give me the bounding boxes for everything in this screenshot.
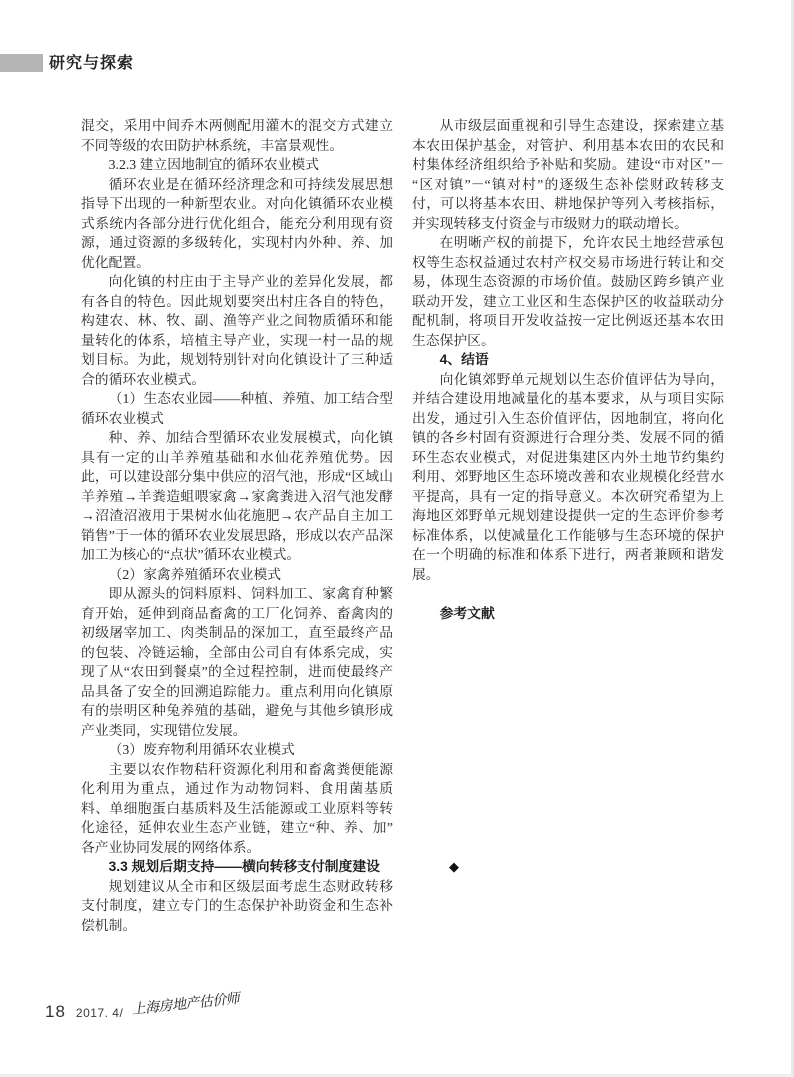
body-paragraph: 混交，采用中间乔木两侧配用灌木的混交方式建立不同等级的农田防护林系统，丰富景观性… xyxy=(81,116,393,155)
references-heading: 参考文献 xyxy=(412,604,724,624)
body-paragraph: 在明晰产权的前提下，允许农民土地经营承包权等生态权益通过农村产权交易市场进行转让… xyxy=(412,233,724,350)
subsection-heading-3-3: 3.3 规划后期支持——横向转移支付制度建设 xyxy=(81,857,393,877)
list-item-1-heading: （1）生态农业园——种植、养殖、加工结合型循环农业模式 xyxy=(81,389,393,428)
list-item-3-heading: （3）废弃物利用循环农业模式 xyxy=(81,740,393,760)
right-text-column: 从市级层面重视和引导生态建设，探索建立基本农田保护基金，对管护、利用基本农田的农… xyxy=(412,116,724,623)
article-end-diamond-icon: ◆ xyxy=(449,860,459,875)
body-paragraph: 规划建议从全市和区级层面考虑生态财政转移支付制度，建立专门的生态保护补助资金和生… xyxy=(81,877,393,936)
body-paragraph: 向化镇郊野单元规划以生态价值评估为导向，并结合建设用地减量化的基本要求，从与项目… xyxy=(412,370,724,585)
page-footer: 18 2017. 4/ 上海房地产估价师 xyxy=(45,1002,241,1022)
section-title: 研究与探索 xyxy=(49,50,134,73)
left-text-column: 混交，采用中间乔木两侧配用灌木的混交方式建立不同等级的农田防护林系统，丰富景观性… xyxy=(81,116,393,935)
journal-calligraphy-logo: 上海房地产估价师 xyxy=(131,988,240,1019)
section-heading-4: 4、结语 xyxy=(412,350,724,370)
body-paragraph: 从市级层面重视和引导生态建设，探索建立基本农田保护基金，对管护、利用基本农田的农… xyxy=(412,116,724,233)
subsection-heading-3-2-3: 3.2.3 建立因地制宜的循环农业模式 xyxy=(81,155,393,175)
document-page: 研究与探索 混交，采用中间乔木两侧配用灌木的混交方式建立不同等级的农田防护林系统… xyxy=(0,0,794,1077)
body-paragraph: 循环农业是在循环经济理念和可持续发展思想指导下出现的一种新型农业。对向化镇循环农… xyxy=(81,175,393,273)
body-paragraph: 向化镇的村庄由于主导产业的差异化发展，都有各自的特色。因此规划要突出村庄各自的特… xyxy=(81,272,393,389)
list-item-2-heading: （2）家禽养殖循环农业模式 xyxy=(81,565,393,585)
body-paragraph: 主要以农作物秸秆资源化利用和畜禽粪便能源化利用为重点，通过作为动物饲料、食用菌基… xyxy=(81,760,393,858)
page-number: 18 xyxy=(45,1002,66,1022)
section-tag-bar xyxy=(0,54,43,72)
body-paragraph: 种、养、加结合型循环农业发展模式，向化镇具有一定的山羊养殖基础和水仙花养殖优势。… xyxy=(81,428,393,565)
issue-label: 2017. 4/ xyxy=(76,1006,123,1020)
body-paragraph: 即从源头的饲料原料、饲料加工、家禽育种繁育开始，延伸到商品畜禽的工厂化饲养、畜禽… xyxy=(81,584,393,740)
